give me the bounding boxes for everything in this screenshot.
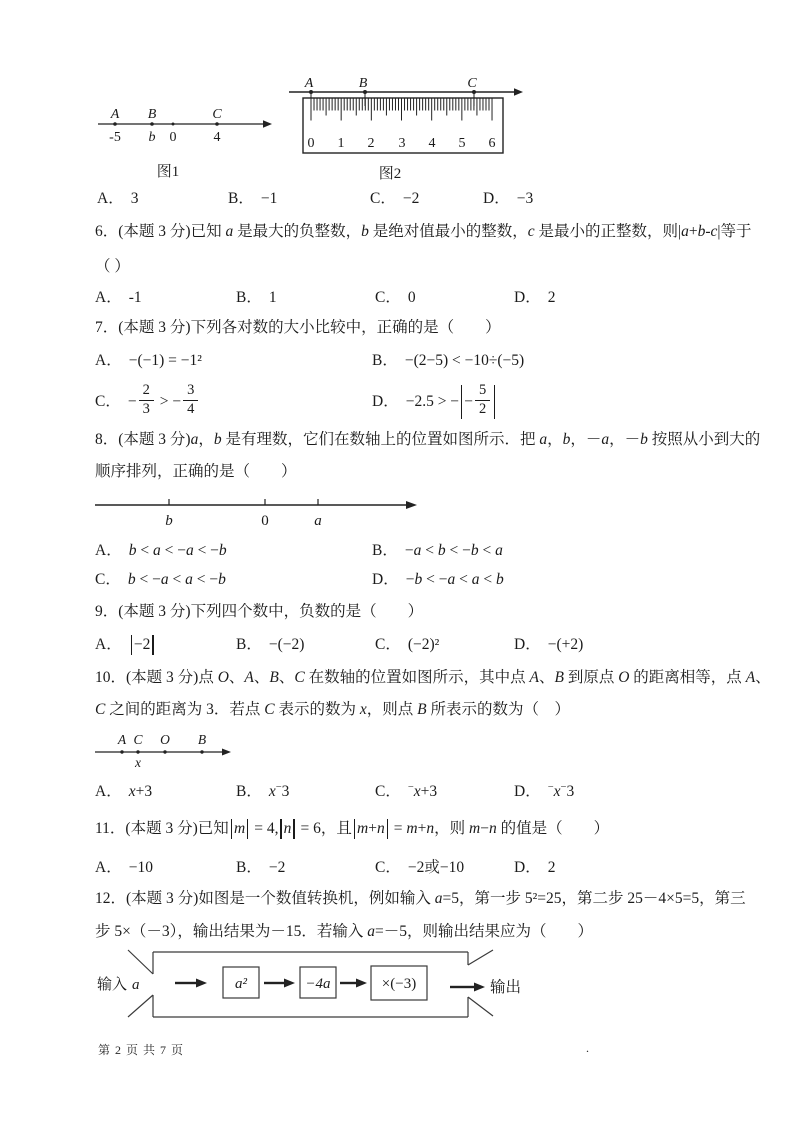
- question-10-line-2: C 之间的距离为 3．若点 C 表示的数为 x，则点 B 所表示的数为（ ）: [95, 699, 570, 720]
- fig2-point-c: C: [467, 76, 477, 91]
- ruler-number: 2: [368, 136, 375, 151]
- exam-page: A B C -5 b 0 4 图1 A B C 0 1 2 3 4: [0, 0, 793, 1122]
- ruler-number: 0: [308, 136, 315, 151]
- q9-option-a: A．−2: [95, 634, 156, 655]
- figure-1-number-line: A B C -5 b 0 4 图1: [98, 107, 272, 180]
- q8-option-a: A．b < a < −a < −b: [95, 540, 227, 561]
- q9-option-c: C．(−2)²: [375, 634, 439, 655]
- question-12-conversion-machine: 输入 a a² −4a ×(−3) 输出: [90, 944, 540, 1036]
- machine-input-var: a: [132, 977, 140, 993]
- option-value: −2: [269, 859, 286, 876]
- option-letter: B．: [236, 859, 262, 876]
- q9-option-d: D．−(+2): [514, 634, 583, 655]
- option-value: −2.5 > −−52: [406, 393, 498, 410]
- question-12-line-2: 步 5×（－3），输出结果为－15．若输入 a=－5，则输出结果应为（ ）: [95, 921, 593, 942]
- option-letter: B．: [372, 352, 398, 369]
- option-value: x−3: [269, 783, 290, 800]
- machine-input-label: 输入: [97, 976, 127, 993]
- option-value: −b < −a < a < b: [406, 571, 504, 588]
- option-letter: B．: [236, 783, 262, 800]
- option-letter: A．: [95, 636, 122, 653]
- option-value: 2: [548, 289, 556, 306]
- option-letter: C．: [375, 783, 401, 800]
- option-letter: C．: [95, 571, 121, 588]
- q11-option-b: B．−2: [236, 857, 285, 878]
- nl10-label-c: C: [133, 732, 143, 747]
- q5-option-d: D．−3: [483, 188, 533, 209]
- ruler-number: 3: [399, 136, 406, 151]
- option-value: −x+3: [408, 783, 437, 800]
- option-value: −3: [517, 190, 534, 207]
- option-letter: A．: [95, 289, 122, 306]
- option-letter: D．: [514, 636, 541, 653]
- page-footer: 第 2 页 共 7 页: [98, 1040, 184, 1061]
- option-letter: D．: [514, 783, 541, 800]
- option-letter: C．: [375, 859, 401, 876]
- option-letter: C．: [375, 636, 401, 653]
- option-value: b < a < −a < −b: [129, 542, 227, 559]
- option-value: -1: [129, 289, 142, 306]
- fig2-point-b: B: [359, 76, 368, 91]
- fig1-value-zero: 0: [170, 130, 177, 145]
- option-letter: A．: [95, 352, 122, 369]
- q6-option-a: A．-1: [95, 287, 142, 308]
- option-value: (−2)²: [408, 636, 439, 653]
- fig1-value-c: 4: [214, 130, 221, 145]
- question-9-title: 9．(本题 3 分)下列四个数中，负数的是（ ）: [95, 601, 423, 622]
- question-5-figures: A B C -5 b 0 4 图1 A B C 0 1 2 3 4: [90, 75, 540, 181]
- question-8-line-2: 顺序排列，正确的是（ ）: [95, 461, 297, 482]
- option-letter: C．: [370, 190, 396, 207]
- option-value: −x−3: [548, 783, 574, 800]
- q8-option-c: C．b < −a < a < −b: [95, 569, 226, 590]
- option-letter: D．: [483, 190, 510, 207]
- option-letter: A．: [97, 190, 124, 207]
- question-11-title: 11．(本题 3 分)已知m = 4,n = 6，且m+n = m+n，则 m−…: [95, 818, 609, 839]
- q7-option-b: B．−(2−5) < −10÷(−5): [372, 350, 524, 371]
- nl10-label-x: x: [134, 755, 141, 770]
- option-value: −10: [129, 859, 153, 876]
- arrowhead-icon: [222, 749, 231, 756]
- stray-mark: .: [586, 1038, 589, 1059]
- option-letter: B．: [228, 190, 254, 207]
- nl8-label-a: a: [314, 513, 322, 529]
- q7-option-a: A．−(−1) = −1²: [95, 350, 202, 371]
- fig2-point-a: A: [304, 76, 314, 91]
- option-letter: C．: [375, 289, 401, 306]
- option-value: −23 > −34: [128, 393, 200, 410]
- option-letter: B．: [236, 636, 262, 653]
- option-value: −(−1) = −1²: [129, 352, 202, 369]
- nl8-label-zero: 0: [261, 513, 269, 529]
- option-letter: A．: [95, 542, 122, 559]
- q7-option-c: C．−23 > −34: [95, 385, 200, 420]
- option-value: −1: [261, 190, 278, 207]
- question-7-title: 7．(本题 3 分)下列各对数的大小比较中，正确的是（ ）: [95, 317, 501, 338]
- option-value: −2: [129, 636, 156, 653]
- machine-step-3: ×(−3): [382, 976, 416, 992]
- option-value: −2: [403, 190, 420, 207]
- question-8-line-1: 8．(本题 3 分)a，b 是有理数，它们在数轴上的位置如图所示．把 a，b，－…: [95, 429, 760, 450]
- option-value: x+3: [129, 783, 152, 800]
- question-10-line-1: 10．(本题 3 分)点 O、A、B、C 在数轴的位置如图所示，其中点 A、B …: [95, 667, 771, 688]
- fig1-value-b: b: [149, 130, 156, 145]
- nl10-label-a: A: [117, 732, 127, 747]
- option-value: −(+2): [548, 636, 584, 653]
- question-6-line-1: 6．(本题 3 分)已知 a 是最大的负整数，b 是绝对值最小的整数，c 是最小…: [95, 221, 752, 242]
- ruler-number: 4: [429, 136, 436, 151]
- nl8-label-b: b: [165, 513, 173, 529]
- option-letter: C．: [95, 393, 121, 410]
- question-8-number-line: b 0 a: [90, 490, 425, 535]
- q8-option-b: B．−a < b < −b < a: [372, 540, 503, 561]
- q7-option-d: D．−2.5 > −−52: [372, 385, 497, 420]
- machine-output-label: 输出: [490, 978, 521, 996]
- option-value: −(2−5) < −10÷(−5): [405, 352, 524, 369]
- figure-2-caption: 图2: [379, 165, 402, 181]
- machine-step-2: −4a: [305, 976, 330, 992]
- fig1-point-b: B: [148, 107, 157, 122]
- figure-1-caption: 图1: [157, 163, 180, 180]
- q9-option-b: B．−(−2): [236, 634, 304, 655]
- option-value: 2: [548, 859, 556, 876]
- figure-2-ruler: A B C 0 1 2 3 4 5 6 图2: [289, 76, 523, 181]
- option-value: −2或−10: [408, 859, 464, 876]
- q5-option-c: C．−2: [370, 188, 419, 209]
- fig1-value-a: -5: [109, 130, 121, 145]
- option-value: −(−2): [269, 636, 305, 653]
- fig1-point-a: A: [110, 107, 120, 122]
- question-12-line-1: 12．(本题 3 分)如图是一个数值转换机，例如输入 a=5，第一步 5²=25…: [95, 888, 746, 909]
- option-value: b < −a < a < −b: [128, 571, 226, 588]
- option-value: 3: [131, 190, 139, 207]
- q6-option-b: B．1: [236, 287, 277, 308]
- arrowhead-icon: [406, 501, 417, 509]
- option-letter: D．: [372, 571, 399, 588]
- ruler-ticks: [311, 99, 492, 121]
- q5-option-b: B．−1: [228, 188, 277, 209]
- nl10-label-o: O: [160, 732, 170, 747]
- question-10-number-line: A C O B x: [90, 731, 335, 773]
- option-letter: D．: [514, 859, 541, 876]
- question-6-line-2: （ ）: [95, 256, 130, 277]
- ruler-number: 6: [489, 136, 496, 151]
- nl10-label-b: B: [198, 732, 206, 747]
- option-letter: A．: [95, 859, 122, 876]
- q11-option-a: A．−10: [95, 857, 153, 878]
- q10-option-a: A．x+3: [95, 781, 152, 802]
- ruler-number: 1: [338, 136, 345, 151]
- fig1-point-c: C: [212, 107, 222, 122]
- arrowhead-icon: [514, 88, 523, 96]
- option-letter: B．: [372, 542, 398, 559]
- option-value: 1: [269, 289, 277, 306]
- q10-option-b: B．x−3: [236, 781, 289, 802]
- q5-option-a: A．3: [97, 188, 138, 209]
- q6-option-d: D．2: [514, 287, 555, 308]
- machine-step-1: a²: [235, 976, 248, 992]
- q11-option-d: D．2: [514, 857, 555, 878]
- ruler-number: 5: [459, 136, 466, 151]
- option-value: −a < b < −b < a: [405, 542, 503, 559]
- q10-option-d: D．−x−3: [514, 781, 574, 802]
- option-letter: D．: [372, 393, 399, 410]
- option-letter: D．: [514, 289, 541, 306]
- option-letter: B．: [236, 289, 262, 306]
- q6-option-c: C．0: [375, 287, 416, 308]
- q11-option-c: C．−2或−10: [375, 857, 464, 878]
- q10-option-c: C．−x+3: [375, 781, 437, 802]
- option-letter: A．: [95, 783, 122, 800]
- q8-option-d: D．−b < −a < a < b: [372, 569, 504, 590]
- option-value: 0: [408, 289, 416, 306]
- arrowhead-icon: [263, 120, 272, 128]
